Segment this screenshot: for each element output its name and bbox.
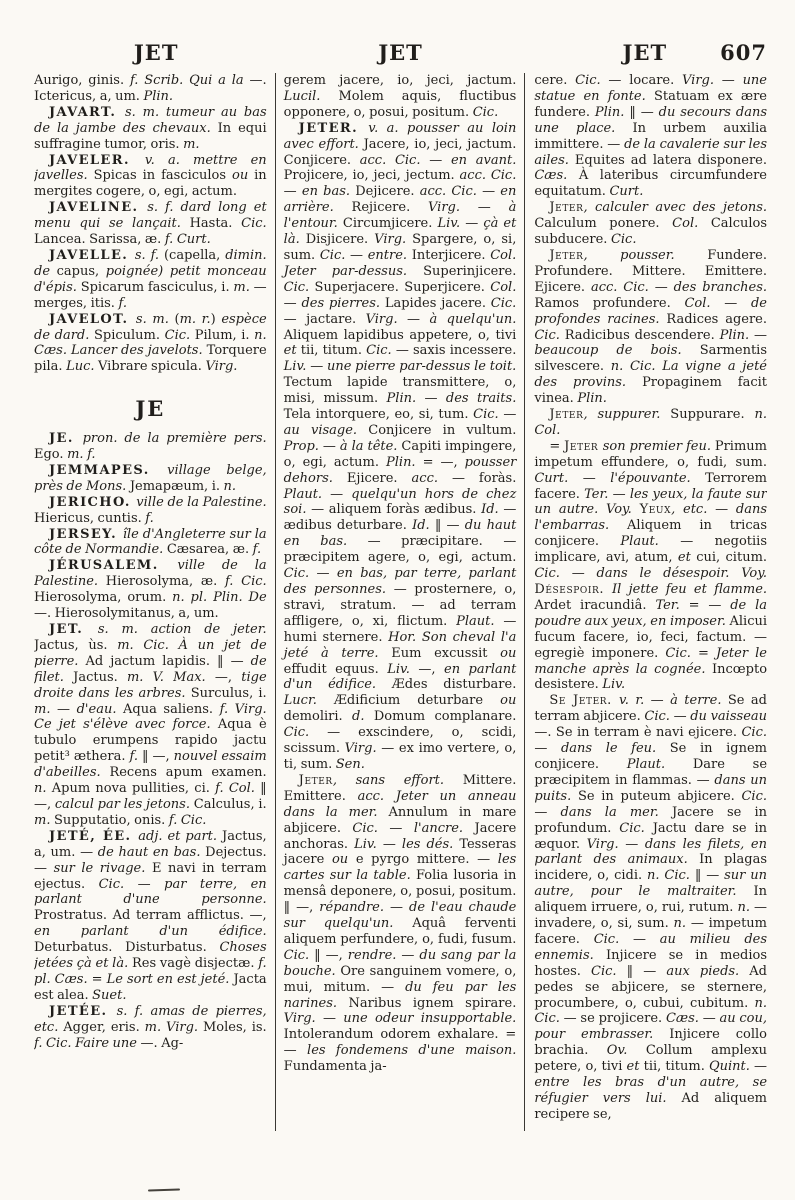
entry-paragraph: JAVELER. v. a. mettre en javelles. Spica… [34,153,267,201]
text-segment: JETÉ, ÉE. [49,829,138,844]
text-segment: Cic. [473,105,499,120]
text-segment: Cic. [284,948,315,963]
text-segment: Col. [490,280,516,295]
text-segment: Cic. [591,964,627,979]
text-segment: e pyrgo mittere. — [356,852,498,867]
entry-paragraph: Jeter, pousser. Fundere. Profundere. Mit… [534,248,767,407]
text-segment: Apum nova pullities, ci. [52,781,215,796]
entry-paragraph: Jeter, suppurer. Suppurare. n. Col. [534,407,767,439]
text-segment: tii, titum. [301,343,366,358]
text-segment: tii, titum. [644,1059,709,1074]
text-segment: — saxis incessere. [396,343,516,358]
text-segment: Radices agere. [666,312,767,327]
text-segment: — [754,328,767,343]
text-segment: Surculus, i. [191,686,267,701]
text-segment: Cæs. [666,1011,703,1026]
entry-paragraph: JETÉ, ÉE. adj. et part. Jactus, a, um. —… [34,829,267,1004]
text-segment: n. pl. Plin. De [172,590,267,605]
entry-paragraph: Aurigo, ginis. f. Scrib. Qui a la —. Ict… [34,73,267,105]
text-segment: au visage. [284,423,369,438]
text-segment: JAVELER. [49,153,145,168]
text-segment: à quelqu'un. [429,312,516,327]
text-segment: — [633,932,660,947]
text-segment: Jeter [564,439,603,454]
running-title-right: JET [623,40,668,65]
text-segment: — [722,73,743,88]
text-segment: = — [689,598,731,613]
text-segment: Cic. [320,248,350,263]
text-segment: — [482,184,500,199]
text-segment: — [284,184,302,199]
text-segment: Cic. [284,725,328,740]
text-segment: , pousser. [583,248,707,263]
text-segment: Cic. [284,280,315,295]
text-segment: = [549,439,564,454]
text-segment: Ædes disturbare. [392,677,517,692]
text-segment: s. m. [136,312,175,327]
text-segment: Suppurare. [670,407,754,422]
text-segment: Col. [684,296,724,311]
entry-paragraph: JETER. v. a. pousser au loin avec effort… [284,121,517,773]
text-segment: Virg. [366,312,407,327]
text-segment: m. f. [67,447,95,462]
entry-paragraph: JERICHO. ville de la Palestine. Hiericus… [34,495,267,527]
text-segment: Plin. [387,391,425,406]
text-segment: — [138,877,165,892]
text-segment: Cic. [741,789,767,804]
text-segment: Cic. [491,296,517,311]
text-segment: effudit equus. [284,662,388,677]
text-segment: Moles, is. [203,1020,267,1035]
text-segment: Conjicere in vultum. [368,423,516,438]
text-segment: — [330,487,351,502]
text-segment: en avant. [451,153,516,168]
text-segment: n. [224,479,237,494]
text-segment: les fondemens d'une maison. [307,1043,516,1058]
text-segment: Cic. [241,216,267,231]
text-segment: — [478,200,509,215]
text-segment: Interjicere. [412,248,491,263]
text-segment: JEMMAPES. [49,463,167,478]
text-segment: Aliquem lapidibus appetere, o, tivi [284,328,517,343]
text-segment: Jeter [549,407,583,422]
text-segment: Tela intorquere, eo, si, tum. [284,407,473,422]
text-segment: —. Se in terram è navi ejicere. [534,725,741,740]
text-segment: beaucoup de bois. [534,343,699,358]
text-segment: — [425,391,446,406]
text-segment: Prop. [284,439,323,454]
text-segment: Lucr. [284,693,334,708]
text-segment: n. Cic. [647,868,695,883]
text-segment: Cic. [644,709,673,724]
entry-paragraph: cere. Cic. — locare. Virg. — une statue … [534,73,767,200]
text-segment: demoliri. [284,709,352,724]
text-segment: Cic. [534,566,571,581]
text-segment: et [678,550,696,565]
text-segment: et [627,1059,644,1074]
text-segment: Quint. [709,1059,754,1074]
text-segment: Il jette feu et flamme. [612,582,767,597]
text-segment: — aliquem foràs ædibus. [311,502,481,517]
text-segment: Cic. [99,877,138,892]
text-segment: Plin. [720,328,754,343]
entry-paragraph: JERSEY. île d'Angleterre sur la côte de … [34,527,267,559]
text-segment: Vibrare spicula. [98,359,205,374]
text-segment: Virg. [587,837,626,852]
text-segment: Jactus. [73,670,127,685]
text-segment: Naribus ignem spirare. [349,996,517,1011]
text-segment: , sans effort. [333,773,463,788]
text-columns: Aurigo, ginis. f. Scrib. Qui a la —. Ict… [34,73,767,1131]
text-segment: JERICHO. [49,495,136,510]
text-segment: ou [332,852,356,867]
text-segment: f. [118,296,126,311]
text-segment: Spicarum fasciculus, i. [81,280,234,295]
bottom-mark [148,1188,180,1191]
text-segment: Liv. [602,677,625,692]
text-segment: Spicas in fasciculos [94,168,232,183]
text-segment: Plin. [577,391,607,406]
text-segment: acc. [412,471,452,486]
text-segment: — [583,471,610,486]
text-segment: —, [215,670,241,685]
text-segment: JETÉE. [49,1004,117,1019]
text-segment: — [383,837,402,852]
text-segment: — [317,566,337,581]
text-segment: Ramos profundere. [534,296,684,311]
text-segment: ‖ —, [314,948,348,963]
section-heading: JE [34,401,267,417]
text-segment: , calculer avec des jetons. [583,200,767,215]
text-segment: JETER. [299,121,369,136]
column-3: cere. Cic. — locare. Virg. — une statue … [524,73,767,1131]
text-segment: Col. [672,216,711,231]
text-segment: — [674,709,691,724]
text-segment: Res vagè disjectæ. [132,956,258,971]
text-segment: ou [500,693,516,708]
text-segment: Plaut. [620,534,680,549]
entry-paragraph: JAVART. s. m. tumeur au bas de la jambe … [34,105,267,153]
text-segment: cere. [534,73,575,88]
text-segment: Hierosolyma, æ. [106,574,225,589]
text-segment: — [651,693,670,708]
text-segment: Plin. [386,455,423,470]
text-segment: Cic. [741,725,767,740]
text-segment: — [465,216,483,231]
text-segment: = [92,972,107,987]
entry-paragraph: JE. pron. de la première pers. Ego. m. f… [34,431,267,463]
text-segment: une odeur insupportable. [343,1011,516,1026]
text-segment: m. [34,702,57,717]
text-segment: Aurigo, ginis. [34,73,130,88]
text-segment: — [323,1011,343,1026]
text-segment: — [323,439,340,454]
text-segment: calcul par les jetons. [55,797,194,812]
text-segment: Se in puteum abjicere. [578,789,742,804]
text-segment: — [724,296,751,311]
text-segment: Equites ad latera disponere. [575,153,767,168]
text-segment: Luc. [66,359,98,374]
text-segment: Projicere, io, jeci, jectum. [284,168,460,183]
text-segment: f. Scrib. Qui a la [130,73,250,88]
text-segment: f. [129,749,142,764]
text-segment: Virg. [428,200,478,215]
text-segment: Dejicere. [355,184,420,199]
text-segment: ‖ —, [142,749,174,764]
text-segment: Aqua saliens. [123,702,220,717]
text-segment: JAVELINE. [49,200,147,215]
text-segment: s. m. action de jeter. [98,622,267,637]
text-segment: — [715,502,736,517]
text-segment: f. [253,542,261,557]
text-segment: Ego. [34,447,67,462]
text-segment: à la tête. [340,439,402,454]
text-segment: rendre. [348,948,402,963]
text-segment: f. [145,511,153,526]
text-segment: —. Hierosolymitanus, a, um. [34,606,219,621]
text-segment: n. [34,781,52,796]
text-segment: — locare. [608,73,682,88]
entry-paragraph: = Jeter son premier feu. Primum impetum … [534,439,767,694]
text-segment: — [534,805,560,820]
text-segment: — jactare. [284,312,366,327]
text-segment: entre. [368,248,412,263]
text-segment: f. Curt. [165,232,211,247]
text-segment: d'eau. [77,702,123,717]
text-segment: — [390,900,409,915]
text-segment: Virg. [284,1011,323,1026]
text-segment: Sen. [336,757,365,772]
text-segment: Curt. [609,184,643,199]
entry-paragraph: JETÉE. s. f. amas de pierres, etc. Agger… [34,1004,267,1052]
text-segment: ‖ — [695,868,724,883]
text-segment: — [625,837,645,852]
text-segment: Ov. [607,1043,646,1058]
text-segment: Cic. [534,328,564,343]
text-segment: JERSEY. [49,527,123,542]
text-segment: Hierosolyma, orum. [34,590,172,605]
text-segment: f. Col. [215,781,260,796]
text-segment: acc. Cic. [460,168,517,183]
text-segment: Ter. [655,598,688,613]
text-segment: Se Jeter. [549,693,619,708]
text-segment: Ad jactum lapidis. ‖ [85,654,230,669]
text-segment: son premier feu. [603,439,715,454]
text-segment: Spiculum. [94,328,165,343]
text-segment: JAVELOT. [49,312,136,327]
text-segment: Virg. [374,232,412,247]
text-segment: Calculum ponere. [534,216,672,231]
text-segment: Jeter [299,773,333,788]
text-segment: Lucil. [284,89,339,104]
text-segment: l'épouvante. [610,471,705,486]
text-segment: = [698,646,716,661]
text-segment: Jactus, ùs. [34,638,117,653]
text-segment: Lancea. Sarissa, æ. [34,232,165,247]
entry-paragraph: Jeter, calculer avec des jetons. Calculu… [534,200,767,248]
text-segment: JET. [49,622,98,637]
entry-paragraph: Se Jeter. v. r. — à terre. Se ad terram … [534,693,767,1122]
text-segment: — [429,153,451,168]
text-segment: — [284,296,302,311]
text-segment: Superinjicere. [423,264,516,279]
text-segment: f. Cic. [225,574,267,589]
text-segment: Plin. [595,105,629,120]
text-segment: — [389,821,413,836]
text-segment: m. [183,137,199,152]
text-segment: m. V. Max. [127,670,215,685]
text-segment: JAVART. [49,105,125,120]
entry-paragraph: JAVELINE. s. f. dard long et menu qui se… [34,200,267,248]
text-segment: JE. [49,431,83,446]
text-segment: sur le rivage. [54,861,152,876]
text-segment: Liv. [354,837,383,852]
text-segment: Cic. [165,328,195,343]
text-segment: s. f. [135,248,164,263]
dictionary-page: JET JET JET 607 Aurigo, ginis. f. Scrib.… [0,0,795,1200]
running-title-center-cell: JET [278,40,522,65]
text-segment: Cic. [611,232,637,247]
text-segment: Pilum, i. [195,328,254,343]
text-segment: Id. [412,518,435,533]
text-segment: Prostratus. Ad terram afflictus. —, [34,908,267,923]
running-title-left-cell: JET [34,40,278,65]
text-segment: des branches. [674,280,767,295]
text-segment: JÉRUSALEM. [49,558,177,573]
text-segment: — [572,566,597,581]
text-segment: — [613,487,630,502]
text-segment: Rejicere. [352,200,428,215]
text-segment: — [350,248,368,263]
text-segment: Hasta. [190,216,242,231]
running-title-right-cell: JET 607 [523,40,767,65]
text-segment: ou [500,646,516,661]
text-segment: — [534,741,561,756]
text-segment: Virg. [682,73,722,88]
text-segment: et [284,343,301,358]
running-title-left: JET [134,40,179,65]
text-segment: dans la mer. [561,805,672,820]
text-segment: Cic. [575,73,608,88]
text-segment: Supputatio, onis. [54,813,169,828]
text-segment: Agger, eris. [63,1020,144,1035]
entry-paragraph: JAVELOT. s. m. (m. r.) espèce de dard. S… [34,312,267,376]
text-segment: m. [34,813,54,828]
text-segment: , etc. [671,502,715,517]
text-segment: f. Cic. [169,813,207,828]
text-segment: Cic. [473,407,503,422]
text-segment: Jeter [549,248,583,263]
text-segment: Suet. [92,988,126,1003]
text-segment: Cic. [619,821,652,836]
text-segment: Cic. [366,343,396,358]
text-segment: Cæs. [534,168,579,183]
text-segment: pron. de la première pers. [83,431,267,446]
text-segment: Plaut. [284,487,330,502]
text-segment: — [703,1011,720,1026]
page-header: JET JET JET 607 [0,0,795,71]
text-segment: en bas. [302,184,355,199]
text-segment: Fundamenta ja- [284,1059,387,1074]
text-segment: Ter. [584,487,612,502]
text-segment: m. Virg. [145,1020,203,1035]
text-segment: — se projicere. [564,1011,666,1026]
column-1: Aurigo, ginis. f. Scrib. Qui a la —. Ict… [34,73,275,1131]
entry-paragraph: JAVELLE. s. f. (capella, dimin. de capus… [34,248,267,312]
text-segment: m. r. [180,312,211,327]
text-segment: Cic. [352,821,389,836]
text-segment: m. [233,280,253,295]
text-segment: Cæsarea, æ. [167,542,253,557]
text-segment: Plin. [143,89,173,104]
text-segment: acc. Cic. [591,280,655,295]
text-segment: de haut en bas. [98,845,205,860]
text-segment: Calculus, i. [194,797,267,812]
text-segment: — [407,312,429,327]
text-segment: ) [211,312,222,327]
text-segment: Plaut. [456,614,503,629]
text-segment: Liv. [437,216,465,231]
text-segment: Recens apum examen. [109,765,266,780]
text-segment: Cic. [665,646,698,661]
text-segment: ‖ — [627,964,667,979]
text-segment: Ardet iracundiâ. [534,598,655,613]
text-segment: adj. et part. [138,829,222,844]
text-segment: Id. [481,502,503,517]
running-title-center: JET [378,40,423,65]
text-segment: — [401,948,419,963]
text-segment: l'ancre. [414,821,475,836]
text-segment: Ædificium deturbare [334,693,500,708]
text-segment: Jemapæum, i. [130,479,224,494]
text-segment: en parlant d'un édifice. [34,924,267,939]
text-segment: Cic. [594,932,633,947]
text-segment: Liv. [284,359,311,374]
text-segment: Domum complanare. [374,709,516,724]
text-segment: Circumjicere. [343,216,438,231]
text-segment: acc. Cic. [360,153,429,168]
text-segment: Lapides jacere. [385,296,491,311]
text-segment: Curt. [534,471,582,486]
text-segment: Plaut. [627,757,693,772]
text-segment: — [503,407,516,422]
text-segment: n. [674,916,691,931]
text-segment: du vaisseau [690,709,767,724]
text-segment: à terre. [670,693,728,708]
text-segment: Cic. [284,566,317,581]
text-segment: Eum excussit [391,646,500,661]
text-segment: une pierre par-dessus le toit. [327,359,516,374]
text-segment: Hiericus, cuntis. [34,511,145,526]
text-segment: Virg. [345,741,382,756]
text-segment: — [655,280,674,295]
text-segment: gerem jacere, io, jeci, jactum. [284,73,517,88]
text-segment: Disjicere. [306,232,374,247]
text-segment: —. Ag- [141,1036,184,1051]
entry-paragraph: JET. s. m. action de jeter. Jactus, ùs. … [34,622,267,829]
text-segment: ville de la Palestine. [136,495,266,510]
text-segment: des pierres. [301,296,384,311]
text-segment: Yeux [640,502,672,517]
text-segment: Radicibus descendere. [565,328,720,343]
text-segment: Jeter [549,200,583,215]
entry-paragraph: JEMMAPES. village belge, près de Mons. J… [34,463,267,495]
text-segment: ‖ — [629,105,658,120]
text-segment: acc. Cic. [420,184,482,199]
text-segment: (capella, [164,248,225,263]
text-segment: Désespoir. [534,582,612,597]
column-2: gerem jacere, io, jeci, jactum. Lucil. M… [275,73,525,1131]
